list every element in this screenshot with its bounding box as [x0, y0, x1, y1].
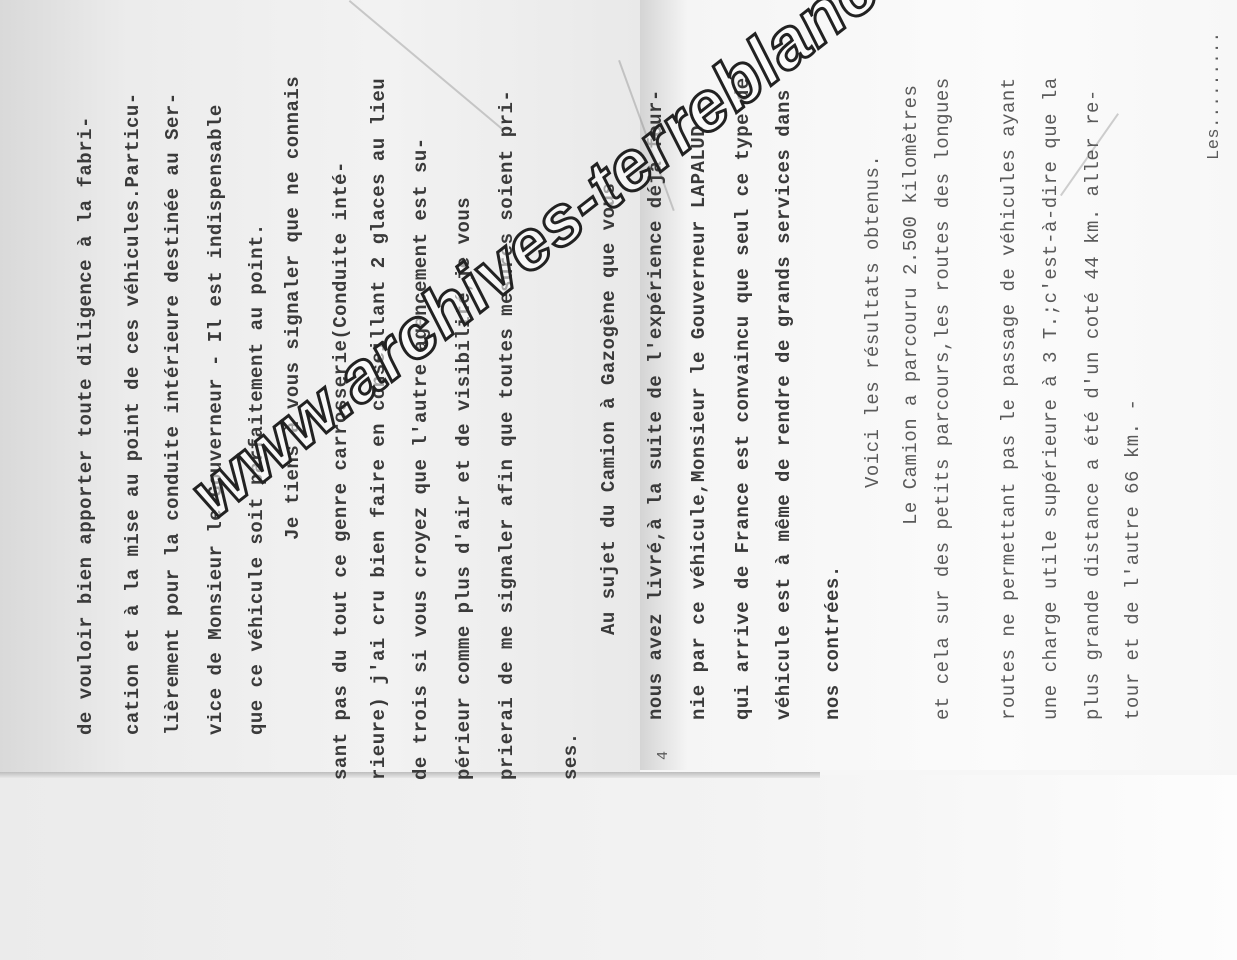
page-number: 4: [655, 750, 672, 760]
catchword: Les.........: [1205, 32, 1224, 160]
text-line: plus grande distance a été d'un coté 44 …: [1082, 89, 1104, 720]
text-line: ses.: [560, 732, 582, 780]
text-line: sant pas du tout ce genre carrosserie(Co…: [330, 161, 352, 780]
text-line: de vouloir bien apporter toute diligence…: [75, 116, 97, 735]
text-line: véhicule est à même de rendre de grands …: [773, 89, 795, 720]
text-line: nie par ce véhicule,Monsieur le Gouverne…: [688, 125, 710, 720]
text-line: et cela sur des petits parcours,les rout…: [932, 77, 954, 720]
text-line: tour et de l'autre 66 km. -: [1122, 399, 1144, 720]
text-line: routes ne permettant pas le passage de v…: [998, 77, 1020, 720]
text-line: Le Camion a parcouru 2.500 kilomètres: [900, 85, 922, 525]
text-line: Au sujet du Camion à Gazogène que vous: [598, 183, 620, 635]
text-line: qui arrive de France est convaincu que s…: [732, 77, 754, 720]
text-line: Voici les résultats obtenus.: [862, 155, 884, 488]
text-line: de trois si vous croyez que l'autre agen…: [410, 137, 432, 780]
text-line: nos contrées.: [822, 565, 844, 720]
text-line: rieure) j'ai cru bien faire en conseilla…: [368, 78, 390, 780]
text-line: vice de Monsieur le Gouverneur - Il est …: [205, 104, 227, 735]
text-line: une charge utile supérieure à 3 T.;c'est…: [1040, 77, 1062, 720]
text-line: cation et à la mise au point de ces véhi…: [122, 92, 144, 735]
text-line: lièrement pour la conduite intérieure de…: [162, 92, 184, 735]
paper-sheet-bottom: [0, 775, 1237, 960]
text-line: prierai de me signaler afin que toutes m…: [496, 90, 518, 780]
